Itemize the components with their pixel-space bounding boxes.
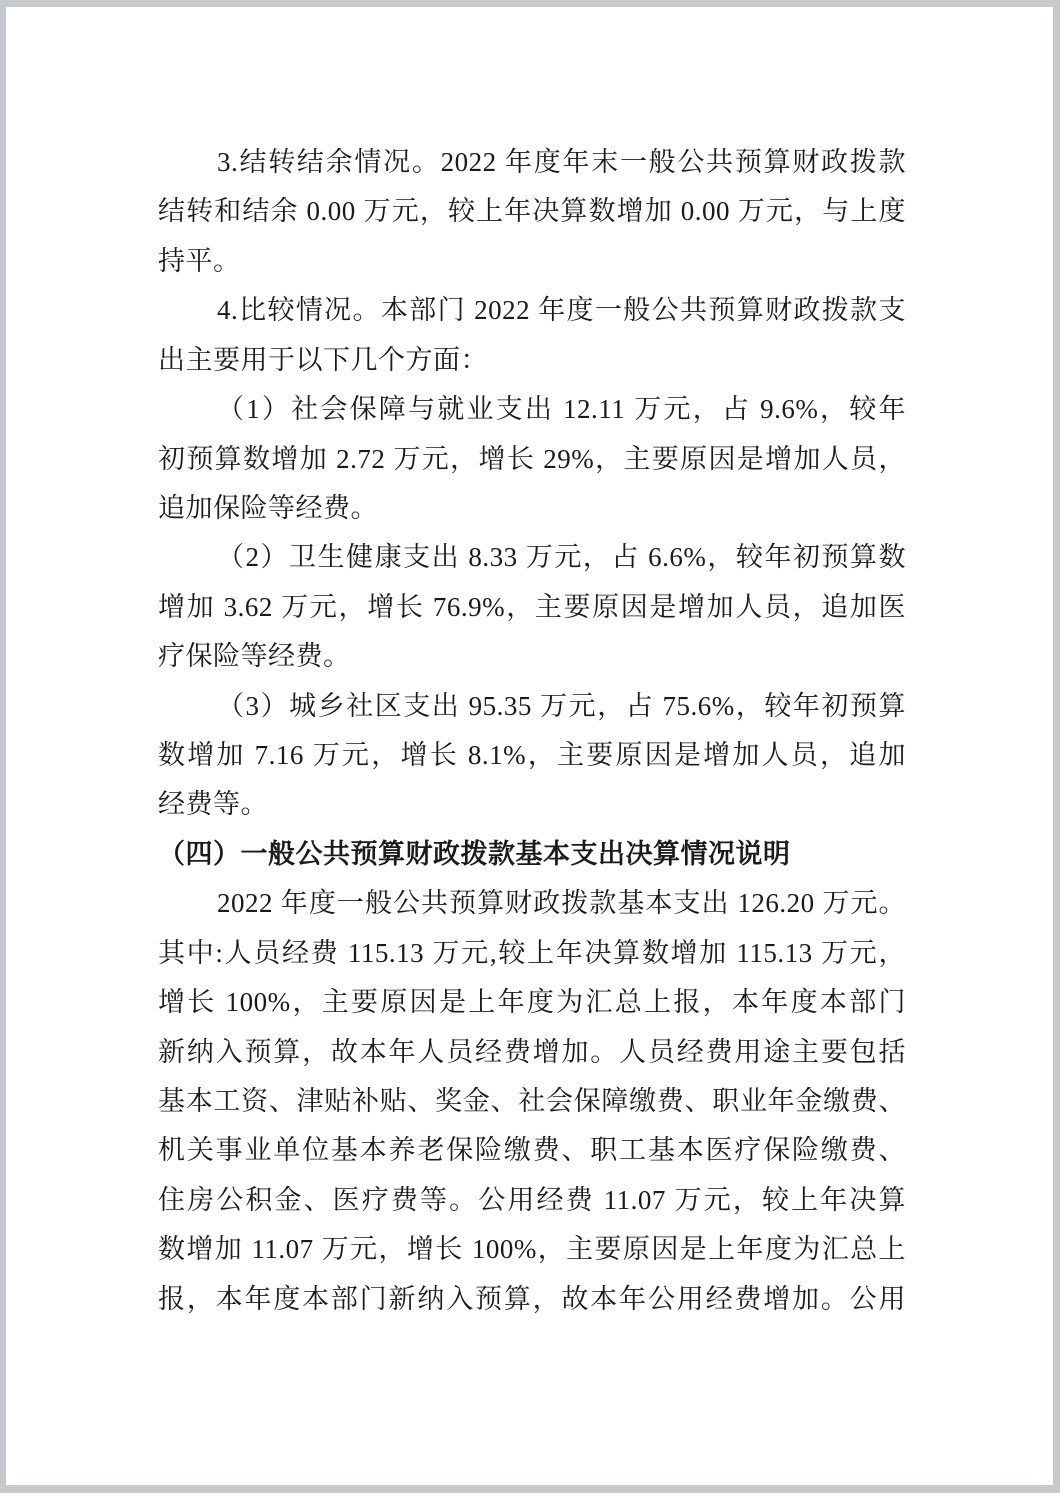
text-line: 住房公积金、医疗费等。公用经费 11.07 万元，较上年决算 <box>158 1176 906 1225</box>
text-line: 其中:人员经费 115.13 万元,较上年决算数增加 115.13 万元， <box>158 929 906 978</box>
text-line: （四）一般公共预算财政拨款基本支出决算情况说明 <box>158 830 906 879</box>
paragraph-carryover-balance: 3.结转结余情况。2022 年度年末一般公共预算财政拨款结转和结余 0.00 万… <box>158 138 906 286</box>
paragraph-section-4-heading: （四）一般公共预算财政拨款基本支出决算情况说明 <box>158 830 906 879</box>
text-line: 增长 100%，主要原因是上年度为汇总上报，本年度本部门 <box>158 978 906 1027</box>
text-line: 新纳入预算，故本年人员经费增加。人员经费用途主要包括 <box>158 1028 906 1077</box>
text-line: 结转和结余 0.00 万元，较上年决算数增加 0.00 万元，与上度 <box>158 187 906 236</box>
text-line: 4.比较情况。本部门 2022 年度一般公共预算财政拨款支 <box>158 286 906 335</box>
text-line: 增加 3.62 万元，增长 76.9%，主要原因是增加人员，追加医 <box>158 583 906 632</box>
paragraph-item-2-health: （2）卫生健康支出 8.33 万元，占 6.6%，较年初预算数增加 3.62 万… <box>158 533 906 681</box>
paragraph-item-3-urban-rural-community: （3）城乡社区支出 95.35 万元，占 75.6%，较年初预算数增加 7.16… <box>158 682 906 830</box>
text-line: 追加保险等经费。 <box>158 484 906 533</box>
text-line: 数增加 11.07 万元，增长 100%，主要原因是上年度为汇总上 <box>158 1225 906 1274</box>
text-line: 基本工资、津贴补贴、奖金、社会保障缴费、职业年金缴费、 <box>158 1077 906 1126</box>
document-body: 3.结转结余情况。2022 年度年末一般公共预算财政拨款结转和结余 0.00 万… <box>158 138 906 1324</box>
document-page: 3.结转结余情况。2022 年度年末一般公共预算财政拨款结转和结余 0.00 万… <box>6 7 1053 1485</box>
text-line: 出主要用于以下几个方面： <box>158 336 906 385</box>
text-line: 经费等。 <box>158 780 906 829</box>
paragraph-item-1-social-security: （1）社会保障与就业支出 12.11 万元，占 9.6%，较年初预算数增加 2.… <box>158 385 906 533</box>
text-line: 持平。 <box>158 237 906 286</box>
text-line: （1）社会保障与就业支出 12.11 万元，占 9.6%，较年 <box>158 385 906 434</box>
text-line: 报，本年度本部门新纳入预算，故本年公用经费增加。公用 <box>158 1275 906 1324</box>
scanned-document-viewer: { "page": { "background_color": "#ffffff… <box>0 0 1060 1493</box>
text-line: （3）城乡社区支出 95.35 万元，占 75.6%，较年初预算 <box>158 682 906 731</box>
paragraph-comparison-intro: 4.比较情况。本部门 2022 年度一般公共预算财政拨款支出主要用于以下几个方面… <box>158 286 906 385</box>
text-line: 3.结转结余情况。2022 年度年末一般公共预算财政拨款 <box>158 138 906 187</box>
text-line: 初预算数增加 2.72 万元，增长 29%，主要原因是增加人员， <box>158 435 906 484</box>
text-line: 疗保险等经费。 <box>158 632 906 681</box>
paragraph-basic-expenditure-details: 2022 年度一般公共预算财政拨款基本支出 126.20 万元。其中:人员经费 … <box>158 879 906 1324</box>
text-line: 机关事业单位基本养老保险缴费、职工基本医疗保险缴费、 <box>158 1126 906 1175</box>
text-line: 数增加 7.16 万元，增长 8.1%，主要原因是增加人员，追加 <box>158 731 906 780</box>
text-line: （2）卫生健康支出 8.33 万元，占 6.6%，较年初预算数 <box>158 533 906 582</box>
text-line: 2022 年度一般公共预算财政拨款基本支出 126.20 万元。 <box>158 879 906 928</box>
